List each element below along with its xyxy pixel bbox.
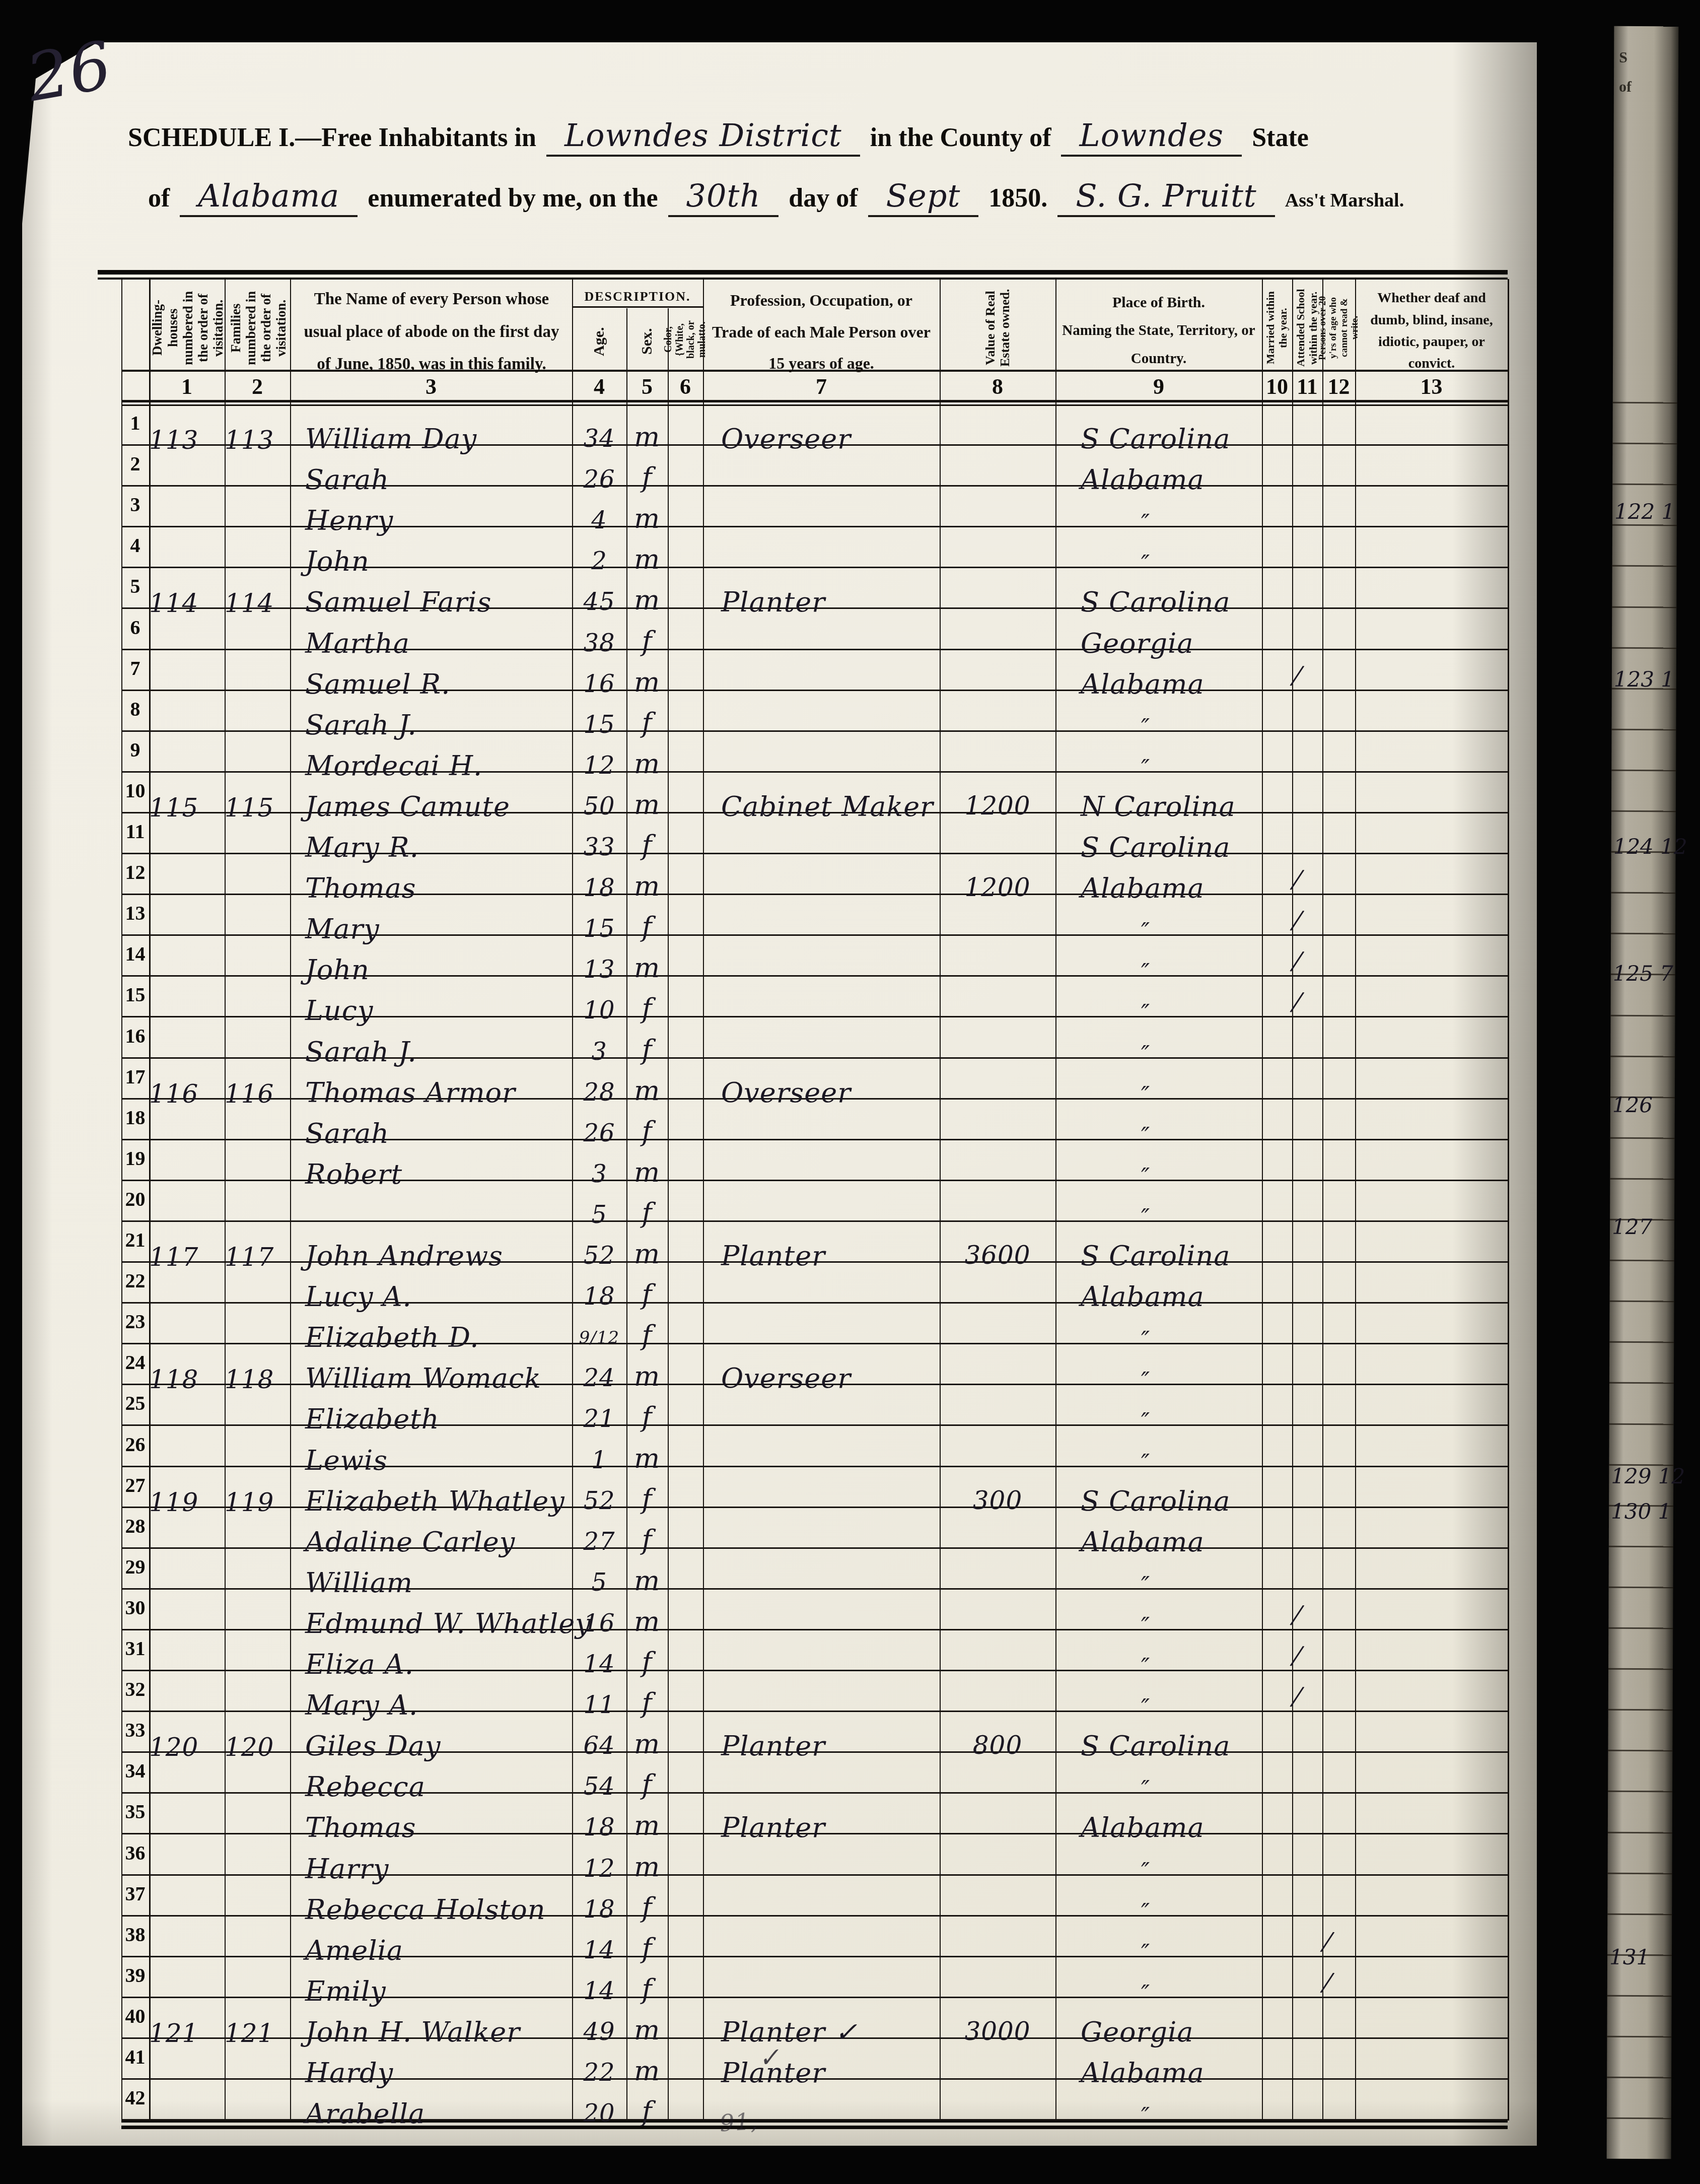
table-row: 3Henry4m″: [22, 487, 1537, 527]
col-num-10: 10: [1262, 374, 1292, 399]
adjacent-page-row-number: 123 1: [1614, 667, 1674, 692]
adjacent-page-row-number: 122 1: [1614, 499, 1675, 524]
table-row: 31Eliza A.14f″/: [22, 1630, 1537, 1671]
line-number: 32: [121, 1677, 149, 1701]
line-number: 8: [121, 697, 149, 721]
col-num-8: 8: [940, 374, 1055, 399]
district-field: Lowndes District: [546, 117, 860, 157]
table-row: 205f″: [22, 1181, 1537, 1222]
bottom-margin-scribble: 91,: [719, 2107, 759, 2137]
table-row: 28Adaline Carley27fAlabama: [22, 1508, 1537, 1549]
adjacent-page-row-number: 131: [1609, 1945, 1650, 1969]
table-row: 23Elizabeth D.9/12f″: [22, 1304, 1537, 1344]
table-row: 30Edmund W. Whatley16m″/: [22, 1590, 1537, 1630]
top-rule-light: [98, 278, 1508, 280]
census-sheet-page: 26 SCHEDULE I.—Free Inhabitants in Lownd…: [22, 42, 1537, 2146]
line-number: 33: [121, 1718, 149, 1742]
table-row: 22Lucy A.18fAlabama: [22, 1263, 1537, 1304]
col-header-occupation: Profession, Occupation, or Trade of each…: [708, 294, 935, 370]
line-number: 34: [121, 1759, 149, 1783]
marshal-signature: S. G. Pruitt: [1057, 177, 1274, 217]
adjacent-row-line: [1608, 1750, 1672, 1751]
state-field: Alabama: [180, 177, 358, 217]
col-num-7: 7: [703, 374, 940, 399]
table-row: 2Sarah26fAlabama: [22, 446, 1537, 487]
adjacent-page-row-number: 124 12: [1613, 834, 1687, 859]
col-num-3: 3: [290, 374, 572, 399]
col-num-11: 11: [1292, 374, 1322, 399]
line-number: 41: [121, 2045, 149, 2069]
table-row: 39Emily14f″/: [22, 1957, 1537, 1998]
line-number: 4: [121, 533, 149, 557]
birthplace-title: Place of Birth.: [1112, 288, 1205, 317]
numbers-bottom-rule-a: [121, 400, 1508, 402]
line-number: 6: [121, 616, 149, 639]
adjacent-row-line: [1611, 933, 1675, 934]
adjacent-row-line: [1612, 729, 1676, 730]
adjacent-row-line: [1610, 1055, 1675, 1057]
col-num-5: 5: [626, 374, 668, 399]
adjacent-row-line: [1607, 2036, 1671, 2037]
table-row: 8Sarah J.15f″: [22, 691, 1537, 732]
table-row: 4John2m″: [22, 527, 1537, 568]
adjacent-page-edge: Sof122 1123 1124 12125 7126127129 12130 …: [1607, 26, 1679, 2159]
line-number: 31: [121, 1636, 149, 1660]
line-number: 7: [121, 656, 149, 680]
line-number: 28: [121, 1514, 149, 1538]
col-header-age: Age.: [574, 314, 624, 369]
table-row: 40 121121John H. Walker49mPlanter ✓3000G…: [22, 1998, 1537, 2039]
table-row: 25Elizabeth21f″: [22, 1385, 1537, 1426]
table-row: 24 118118William Womack24mOverseer″: [22, 1344, 1537, 1385]
sex-value: f: [626, 2098, 668, 2126]
line-number: 14: [121, 942, 149, 966]
year-label: 1850.: [988, 183, 1047, 213]
table-row: 21 117117John Andrews52mPlanter3600S Car…: [22, 1222, 1537, 1263]
county-field: Lowndes: [1061, 117, 1242, 157]
adjacent-header-fragment: S: [1619, 49, 1627, 66]
col-header-real-estate: Value of Real Estate owned.: [942, 287, 1053, 369]
line-number: 5: [121, 574, 149, 598]
adjacent-row-line: [1608, 1791, 1672, 1792]
table-row: 6Martha38fGeorgia: [22, 609, 1537, 650]
table-row: 27 119119Elizabeth Whatley52f300S Caroli…: [22, 1467, 1537, 1508]
line-number: 16: [121, 1024, 149, 1048]
line-number: 26: [121, 1432, 149, 1456]
col-header-color: Color, {White, black, or mulatto.: [670, 310, 701, 369]
adjacent-row-line: [1612, 647, 1676, 648]
adjacent-row-line: [1610, 1178, 1674, 1180]
adjacent-row-line: [1610, 1137, 1675, 1139]
col-header-dwelling: Dwelling-houses numbered in the order of…: [151, 287, 225, 369]
col-header-families: Families numbered in the order of visita…: [227, 287, 290, 369]
adjacent-row-line: [1608, 1709, 1673, 1711]
stray-check-mark: ✓: [757, 2042, 782, 2073]
line-number: 1: [121, 411, 149, 435]
line-number: 10: [121, 779, 149, 802]
line-number: 13: [121, 901, 149, 925]
adjacent-row-line: [1612, 565, 1677, 567]
line-number: 30: [121, 1596, 149, 1619]
table-row: 37Rebecca Holston18f″: [22, 1876, 1537, 1917]
col-num-13: 13: [1355, 374, 1508, 399]
top-rule-heavy: [98, 270, 1508, 275]
table-row: 9Mordecai H.12m″: [22, 732, 1537, 773]
table-row: 5 114114Samuel Faris45mPlanterS Carolina: [22, 568, 1537, 609]
table-row: 1 113113William Day34mOverseerS Carolina: [22, 405, 1537, 446]
col-header-married: Married within the year.: [1264, 287, 1290, 369]
table-row: 34Rebecca54f″: [22, 1753, 1537, 1794]
line-number: 36: [121, 1841, 149, 1865]
table-row: 13Mary15f″/: [22, 895, 1537, 936]
line-number: 40: [121, 2004, 149, 2028]
line-number: 42: [121, 2086, 149, 2109]
adjacent-row-line: [1612, 524, 1677, 526]
adjacent-row-line: [1612, 443, 1677, 444]
county-label: in the County of: [870, 123, 1051, 153]
line-number: 11: [121, 820, 149, 843]
table-row: 36Harry12m″: [22, 1835, 1537, 1876]
adjacent-row-line: [1609, 1341, 1674, 1343]
page-number-scribble: 26: [21, 27, 117, 117]
col-num-1: 1: [149, 374, 225, 399]
day-field: 30th: [668, 177, 779, 217]
col-num-4: 4: [572, 374, 626, 399]
adjacent-row-line: [1611, 1014, 1675, 1016]
adjacent-row-line: [1611, 810, 1676, 812]
line-number: 15: [121, 983, 149, 1006]
adjacent-row-line: [1609, 1546, 1673, 1547]
description-underline: [572, 306, 703, 308]
marshal-label: Ass't Marshal.: [1285, 189, 1404, 212]
line-number: 17: [121, 1065, 149, 1088]
adjacent-page-row-number: 125 7: [1613, 961, 1673, 986]
adjacent-page-row-number: 130 1: [1611, 1499, 1671, 1524]
line-number: 39: [121, 1963, 149, 1987]
adjacent-row-line: [1613, 402, 1677, 403]
adjacent-row-line: [1607, 1913, 1672, 1915]
header-line-1: SCHEDULE I.—Free Inhabitants in Lowndes …: [128, 117, 1309, 157]
adjacent-row-line: [1609, 1423, 1674, 1424]
adjacent-row-line: [1612, 606, 1676, 607]
adjacent-row-line: [1609, 1587, 1673, 1588]
census-scan: 26 SCHEDULE I.—Free Inhabitants in Lownd…: [0, 0, 1700, 2184]
adjacent-row-line: [1611, 892, 1675, 894]
line-number: 38: [121, 1923, 149, 1946]
adjacent-row-line: [1608, 1627, 1673, 1629]
line-number: 22: [121, 1269, 149, 1292]
table-row: 16Sarah J.3f″: [22, 1018, 1537, 1059]
table-row: 17 116116Thomas Armor28mOverseer″: [22, 1059, 1537, 1100]
col-header-birthplace: Place of Birth. Naming the State, Territ…: [1060, 291, 1257, 370]
schedule-title: SCHEDULE I.—Free Inhabitants in: [128, 123, 536, 153]
birthplace-ditto: ″: [1055, 2104, 1348, 2128]
birthplace-subtitle: Naming the State, Territory, or Country.: [1060, 317, 1257, 372]
table-row: 18Sarah26f″: [22, 1100, 1537, 1140]
line-number: 2: [121, 452, 149, 475]
table-row: 38Amelia14f″/: [22, 1917, 1537, 1957]
line-number: 37: [121, 1882, 149, 1905]
line-number: 29: [121, 1555, 149, 1579]
state-label: State: [1252, 123, 1309, 153]
month-field: Sept: [868, 177, 979, 217]
adjacent-row-line: [1610, 1301, 1674, 1302]
line-number: 18: [121, 1106, 149, 1129]
table-row: 33 120120Giles Day64mPlanter800S Carolin…: [22, 1712, 1537, 1753]
line-number: 24: [121, 1350, 149, 1374]
adjacent-row-line: [1609, 1382, 1674, 1384]
adjacent-row-line: [1611, 770, 1676, 771]
col-header-condition: Whether deaf and dumb, blind, insane, id…: [1358, 293, 1506, 369]
line-number: 9: [121, 738, 149, 762]
day-of-label: day of: [789, 183, 858, 213]
adjacent-header-fragment: of: [1619, 79, 1632, 96]
line-number: 23: [121, 1310, 149, 1333]
adjacent-page-row-number: 126: [1612, 1093, 1653, 1117]
table-row: 10 115115James Camute50mCabinet Maker120…: [22, 773, 1537, 813]
adjacent-row-line: [1608, 1668, 1673, 1670]
table-row: 42Arabella20f″: [22, 2080, 1537, 2121]
of-label: of: [148, 183, 170, 213]
adjacent-page-row-number: 129 12: [1611, 1464, 1685, 1489]
col-num-6: 6: [668, 374, 703, 399]
adjacent-row-line: [1608, 1872, 1672, 1874]
table-row: 19Robert3m″: [22, 1140, 1537, 1181]
table-row: 7Samuel R.16mAlabama/: [22, 650, 1537, 691]
header-bottom-rule: [121, 370, 1508, 372]
adjacent-row-line: [1607, 2077, 1671, 2078]
col-header-name: The Name of every Person whose usual pla…: [298, 294, 565, 370]
adjacent-row-line: [1610, 1260, 1674, 1261]
line-number: 27: [121, 1473, 149, 1497]
adjacent-row-line: [1607, 1995, 1672, 1997]
table-row: 26Lewis1m″: [22, 1426, 1537, 1467]
col-num-2: 2: [225, 374, 290, 399]
table-row: 11Mary R.33fS Carolina: [22, 813, 1537, 854]
person-name: Arabella: [290, 2100, 587, 2128]
age-value: 9/12: [572, 1329, 626, 1346]
line-number: 12: [121, 860, 149, 884]
col-header-school: Attended School within the year.: [1294, 287, 1320, 369]
enumerated-label: enumerated by me, on the: [368, 183, 658, 213]
line-number: 35: [121, 1800, 149, 1823]
table-row: 15Lucy10f″/: [22, 977, 1537, 1017]
line-number: 21: [121, 1228, 149, 1252]
adjacent-row-line: [1608, 1831, 1672, 1833]
description-group-label: DESCRIPTION.: [572, 288, 703, 305]
table-row: 12Thomas18m1200Alabama/: [22, 854, 1537, 895]
col-num-12: 12: [1322, 374, 1355, 399]
table-row: 14John13m″/: [22, 936, 1537, 977]
table-row: 35Thomas18mPlanterAlabama: [22, 1794, 1537, 1834]
adjacent-row-line: [1607, 2118, 1671, 2119]
line-number: 20: [121, 1187, 149, 1211]
col-header-sex: Sex.: [628, 314, 666, 369]
adjacent-page-row-number: 127: [1612, 1214, 1652, 1239]
age-value: 20: [572, 2101, 626, 2126]
table-row: 29William5m″: [22, 1549, 1537, 1590]
line-number: 25: [121, 1391, 149, 1415]
line-number: 19: [121, 1146, 149, 1170]
col-num-9: 9: [1055, 374, 1262, 399]
adjacent-row-line: [1612, 484, 1677, 485]
line-number: 3: [121, 493, 149, 516]
table-row: 32Mary A.11f″/: [22, 1671, 1537, 1712]
header-line-2: of Alabama enumerated by me, on the 30th…: [148, 177, 1404, 217]
col-header-illiterate: Persons over 20 y'rs of age who cannot r…: [1324, 287, 1353, 369]
